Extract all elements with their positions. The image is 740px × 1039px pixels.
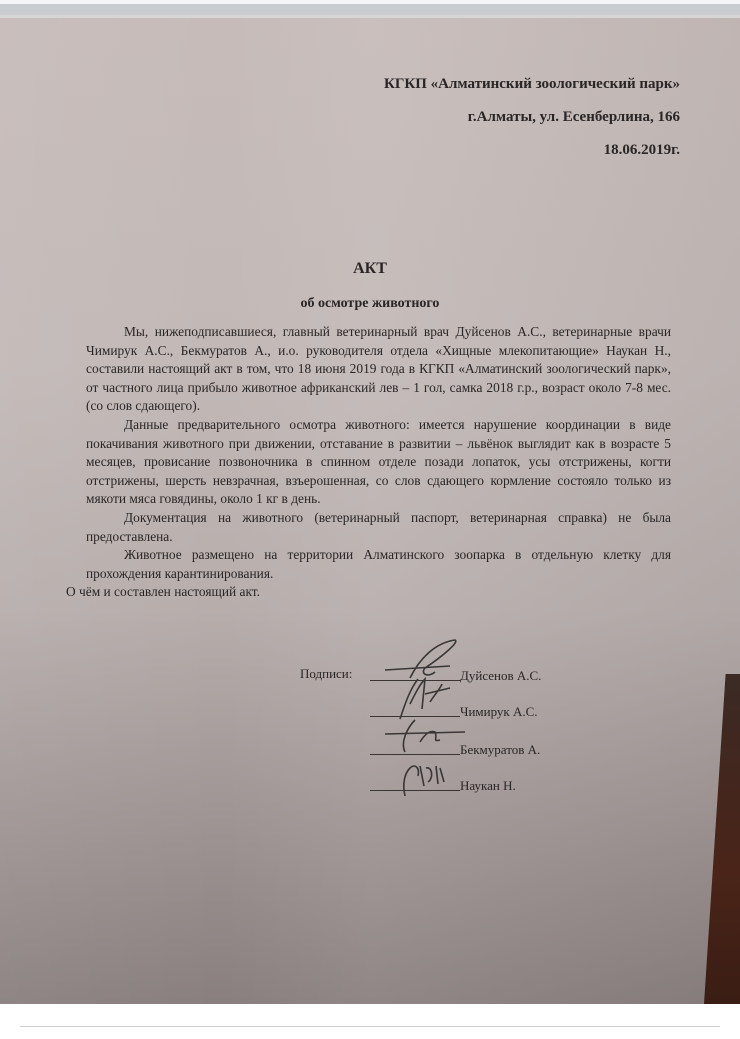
- organization-name: КГКП «Алматинский зоологический парк»: [384, 68, 680, 101]
- paragraph-commission: Мы, нижеподписавшиеся, главный ветеринар…: [86, 323, 671, 416]
- signer-name: Дуйсенов А.С.: [460, 668, 541, 684]
- signer-name: Бекмуратов А.: [460, 742, 540, 758]
- org-header: КГКП «Алматинский зоологический парк» г.…: [384, 68, 680, 167]
- signature-scribble-icon: [380, 748, 470, 798]
- top-strip: [0, 0, 740, 18]
- paragraph-examination: Данные предварительного осмотра животног…: [86, 416, 671, 509]
- signer-name: Наукан Н.: [460, 778, 516, 794]
- footer: [0, 1004, 740, 1039]
- document-subtitle: об осмотре животного: [0, 296, 740, 312]
- paragraph-placement: Животное размещено на территории Алматин…: [86, 546, 671, 583]
- signer-name: Чимирук А.С.: [460, 704, 538, 720]
- document-page: КГКП «Алматинский зоологический парк» г.…: [0, 18, 740, 1004]
- paragraph-closing: О чём и составлен настоящий акт.: [66, 583, 671, 602]
- organization-address: г.Алматы, ул. Есенберлина, 166: [384, 101, 680, 134]
- paragraph-documentation: Документация на животного (ветеринарный …: [86, 509, 671, 546]
- document-photo: КГКП «Алматинский зоологический парк» г.…: [0, 18, 740, 1004]
- document-title: АКТ: [0, 260, 740, 278]
- document-date: 18.06.2019г.: [384, 134, 680, 167]
- signatures-block: Подписи: Дуйсенов А.С. Чимирук А.С.: [300, 658, 620, 808]
- footer-divider: [20, 1026, 720, 1027]
- signatures-label: Подписи:: [300, 666, 352, 682]
- document-body: Мы, нижеподписавшиеся, главный ветеринар…: [86, 323, 671, 602]
- signature-row: Наукан Н.: [360, 768, 620, 798]
